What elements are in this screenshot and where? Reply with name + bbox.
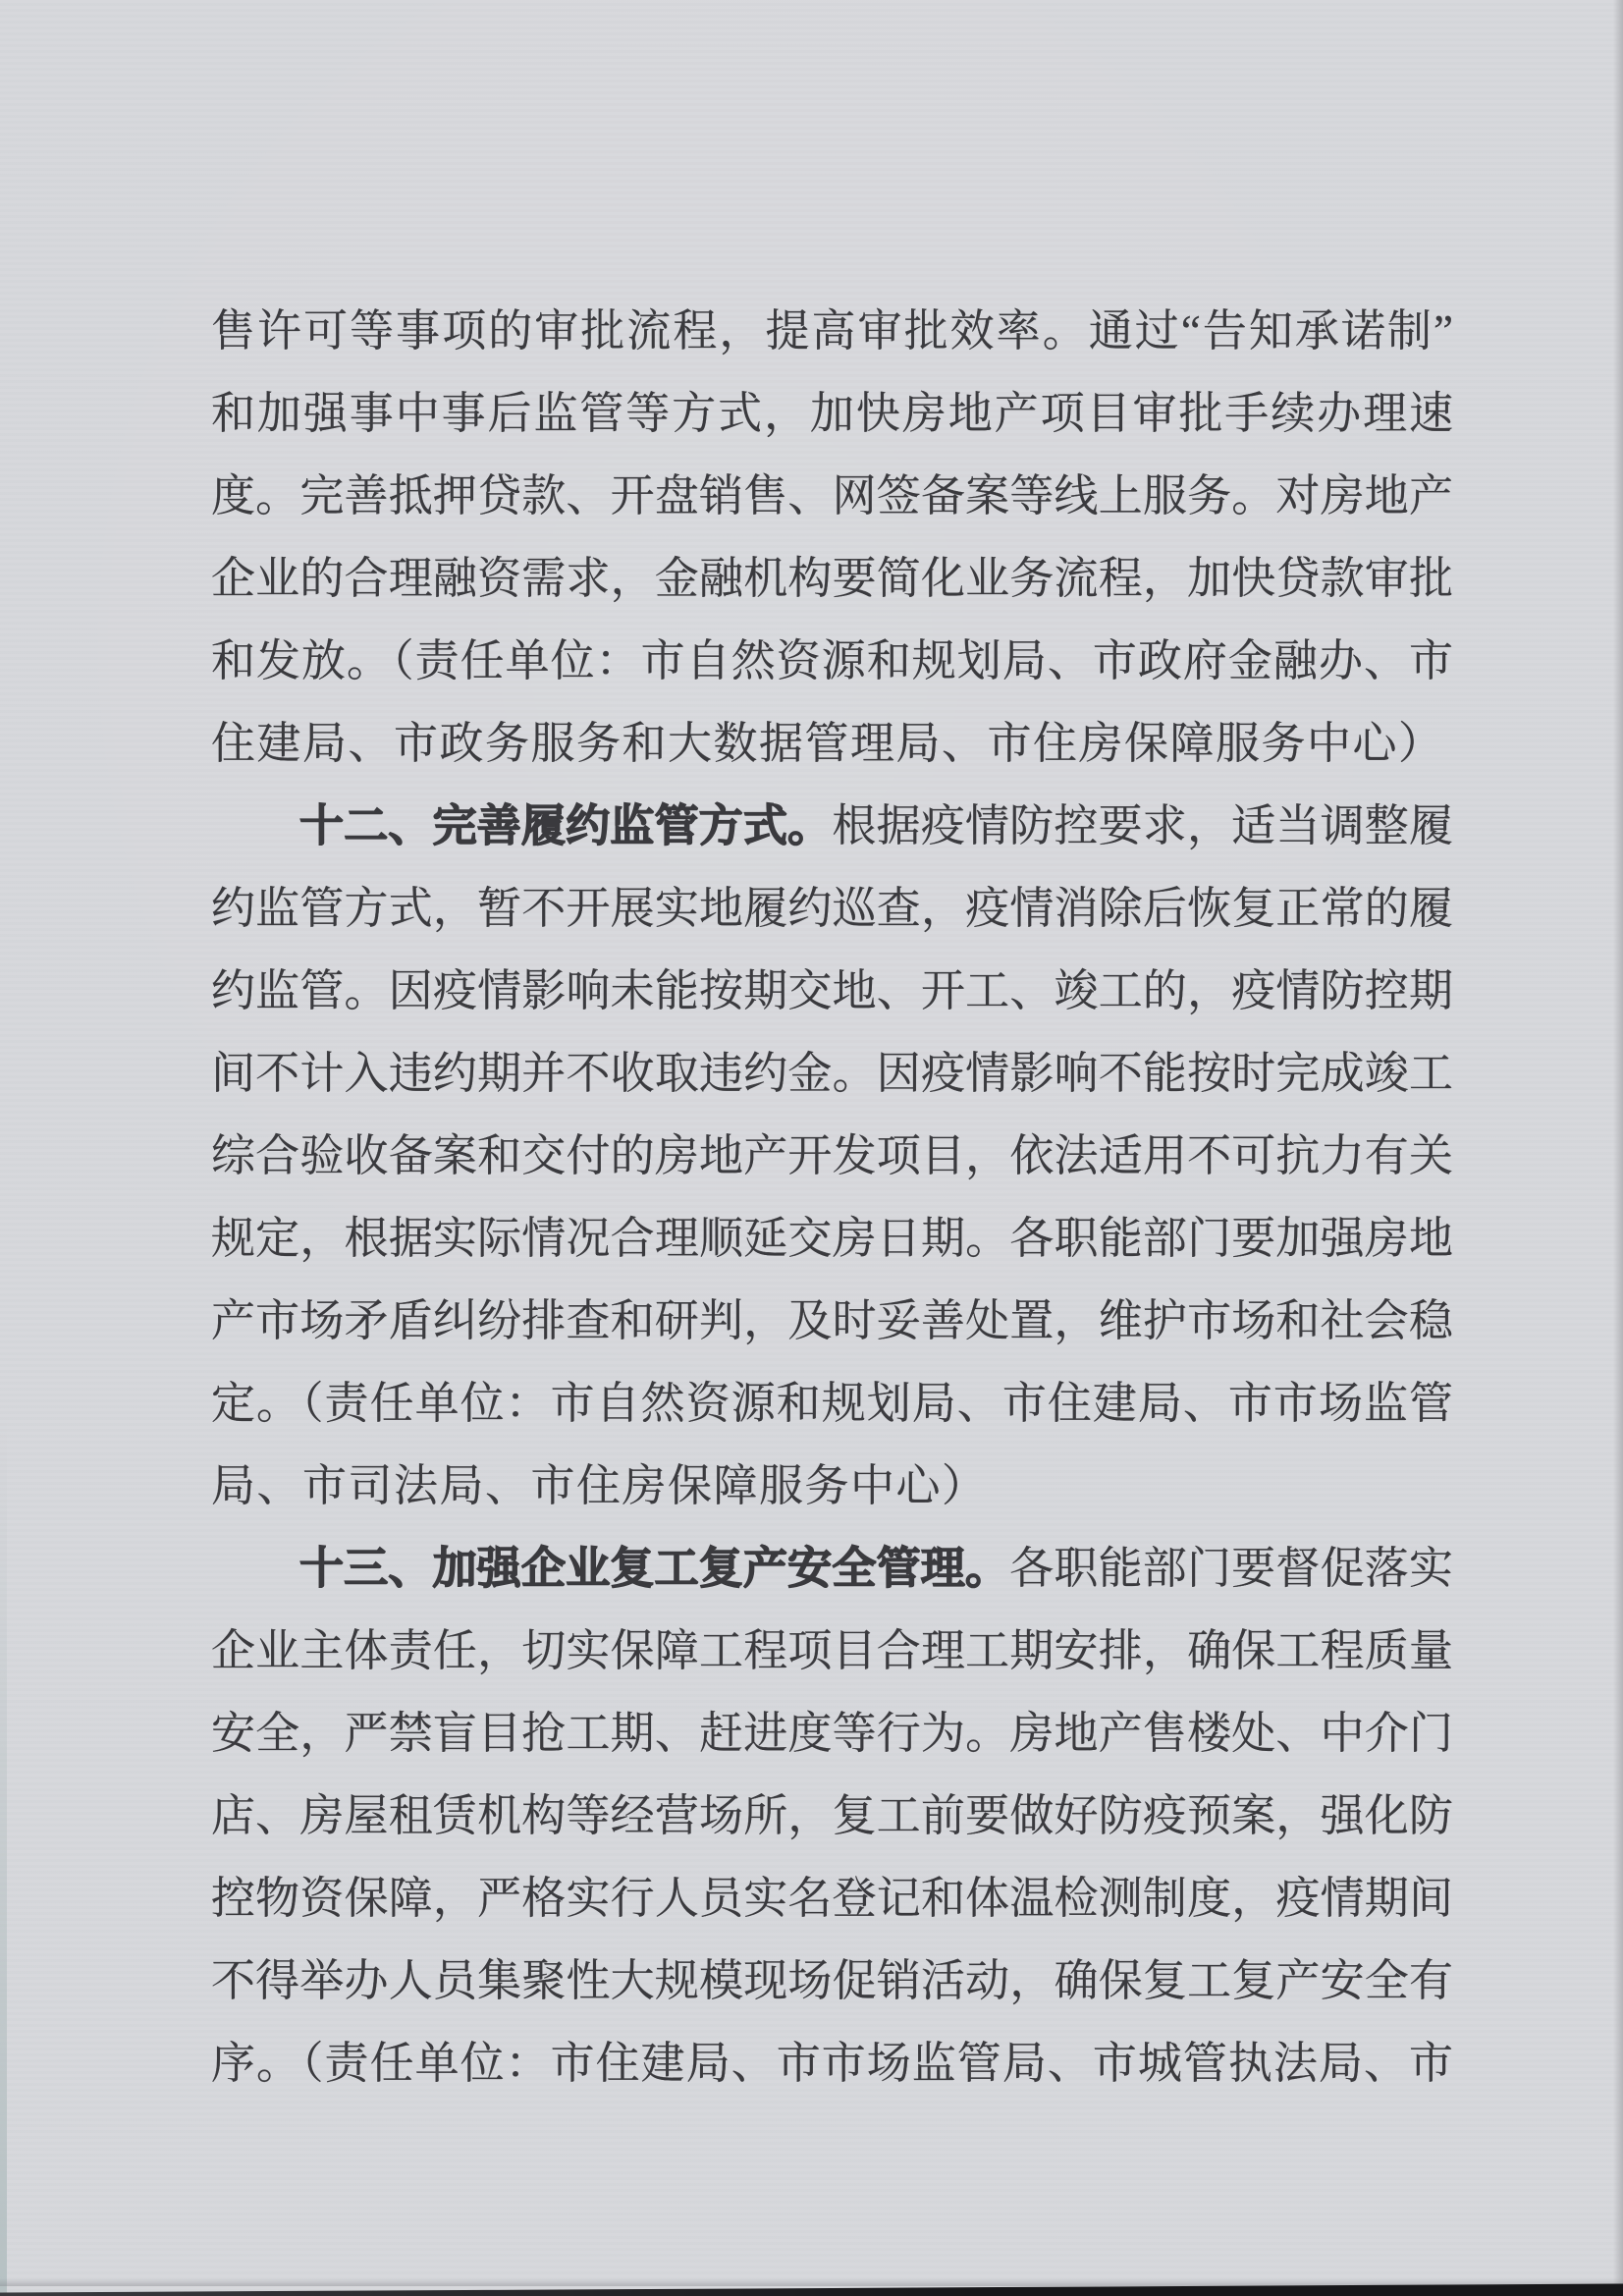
line-text: 企业主体责任，切实保障工程项目合理工期安排，确保工程质量 (211, 1626, 1453, 1675)
text-line: 约监管。因疫情影响未能按期交地、开工、竣工的，疫情防控期 (211, 950, 1453, 1032)
text-line: 店、房屋租赁机构等经营场所，复工前要做好防疫预案，强化防 (211, 1775, 1453, 1857)
line-text: 度。完善抵押贷款、开盘销售、网签备案等线上服务。对房地产 (211, 471, 1453, 520)
text-line: 企业主体责任，切实保障工程项目合理工期安排，确保工程质量 (211, 1610, 1453, 1692)
line-text: 不得举办人员集聚性大规模现场促销活动，确保复工复产安全有 (211, 1956, 1453, 2005)
section-heading: 十三、加强企业复工复产安全管理。 (299, 1544, 1009, 1593)
line-text: 规定，根据实际情况合理顺延交房日期。各职能部门要加强房地 (211, 1214, 1453, 1263)
document-text-block: 售许可等事项的审批流程，提高审批效率。通过“告知承诺制” 和加强事中事后监管等方… (211, 290, 1453, 2105)
paper-left-edge (0, 1412, 7, 2296)
line-text: 序。（责任单位：市住建局、市市场监管局、市城管执法局、市 (211, 2039, 1453, 2088)
text-line: 规定，根据实际情况合理顺延交房日期。各职能部门要加强房地 (211, 1197, 1453, 1280)
line-text: 售许可等事项的审批流程，提高审批效率。通过“告知承诺制” (211, 306, 1453, 355)
line-text: 根据疫情防控要求，适当调整履 (832, 801, 1453, 850)
line-text: 局、市司法局、市住房保障服务中心） (211, 1461, 988, 1510)
text-line: 售许可等事项的审批流程，提高审批效率。通过“告知承诺制” (211, 290, 1453, 372)
text-line: 定。（责任单位：市自然资源和规划局、市住建局、市市场监管 (211, 1362, 1453, 1445)
line-text: 控物资保障，严格实行人员实名登记和体温检测制度，疫情期间 (211, 1874, 1453, 1923)
scanned-page: 售许可等事项的审批流程，提高审批效率。通过“告知承诺制” 和加强事中事后监管等方… (0, 0, 1623, 2296)
line-text: 住建局、市政务服务和大数据管理局、市住房保障服务中心） (211, 719, 1444, 768)
line-text: 店、房屋租赁机构等经营场所，复工前要做好防疫预案，强化防 (211, 1791, 1453, 1840)
text-line: 安全，严禁盲目抢工期、赶进度等行为。房地产售楼处、中介门 (211, 1692, 1453, 1775)
line-text: 各职能部门要督促落实 (1009, 1544, 1453, 1593)
text-line: 间不计入违约期并不收取违约金。因疫情影响不能按时完成竣工 (211, 1032, 1453, 1115)
text-line: 度。完善抵押贷款、开盘销售、网签备案等线上服务。对房地产 (211, 455, 1453, 537)
line-text: 和发放。（责任单位：市自然资源和规划局、市政府金融办、市 (211, 636, 1453, 685)
line-text: 约监管方式，暂不开展实地履约巡查，疫情消除后恢复正常的履 (211, 884, 1453, 933)
text-line: 产市场矛盾纠纷排查和研判，及时妥善处置，维护市场和社会稳 (211, 1280, 1453, 1362)
line-text: 产市场矛盾纠纷排查和研判，及时妥善处置，维护市场和社会稳 (211, 1296, 1453, 1345)
section-heading: 十二、完善履约监管方式。 (299, 801, 832, 850)
line-text: 安全，严禁盲目抢工期、赶进度等行为。房地产售楼处、中介门 (211, 1709, 1453, 1758)
text-line: 序。（责任单位：市住建局、市市场监管局、市城管执法局、市 (211, 2022, 1453, 2105)
line-text: 综合验收备案和交付的房地产开发项目，依法适用不可抗力有关 (211, 1131, 1453, 1180)
text-line: 局、市司法局、市住房保障服务中心） (211, 1445, 1453, 1527)
paper-right-edge-shadow (1613, 0, 1623, 2296)
text-line: 和发放。（责任单位：市自然资源和规划局、市政府金融办、市 (211, 620, 1453, 702)
text-line: 企业的合理融资需求，金融机构要简化业务流程，加快贷款审批 (211, 537, 1453, 620)
text-line: 不得举办人员集聚性大规模现场促销活动，确保复工复产安全有 (211, 1940, 1453, 2022)
text-line: 住建局、市政务服务和大数据管理局、市住房保障服务中心） (211, 702, 1453, 785)
line-text: 定。（责任单位：市自然资源和规划局、市住建局、市市场监管 (211, 1379, 1453, 1428)
line-text: 企业的合理融资需求，金融机构要简化业务流程，加快贷款审批 (211, 554, 1453, 603)
line-text: 间不计入违约期并不收取违约金。因疫情影响不能按时完成竣工 (211, 1049, 1453, 1098)
line-text: 约监管。因疫情影响未能按期交地、开工、竣工的，疫情防控期 (211, 966, 1453, 1015)
text-line: 十二、完善履约监管方式。根据疫情防控要求，适当调整履 (211, 785, 1453, 867)
line-text: 和加强事中事后监管等方式，加快房地产项目审批手续办理速 (211, 389, 1453, 438)
text-line: 综合验收备案和交付的房地产开发项目，依法适用不可抗力有关 (211, 1115, 1453, 1197)
text-line: 控物资保障，严格实行人员实名登记和体温检测制度，疫情期间 (211, 1857, 1453, 1940)
text-line: 约监管方式，暂不开展实地履约巡查，疫情消除后恢复正常的履 (211, 867, 1453, 950)
text-line: 十三、加强企业复工复产安全管理。各职能部门要督促落实 (211, 1527, 1453, 1610)
text-line: 和加强事中事后监管等方式，加快房地产项目审批手续办理速 (211, 372, 1453, 455)
scan-bottom-shadow (0, 2278, 1623, 2286)
